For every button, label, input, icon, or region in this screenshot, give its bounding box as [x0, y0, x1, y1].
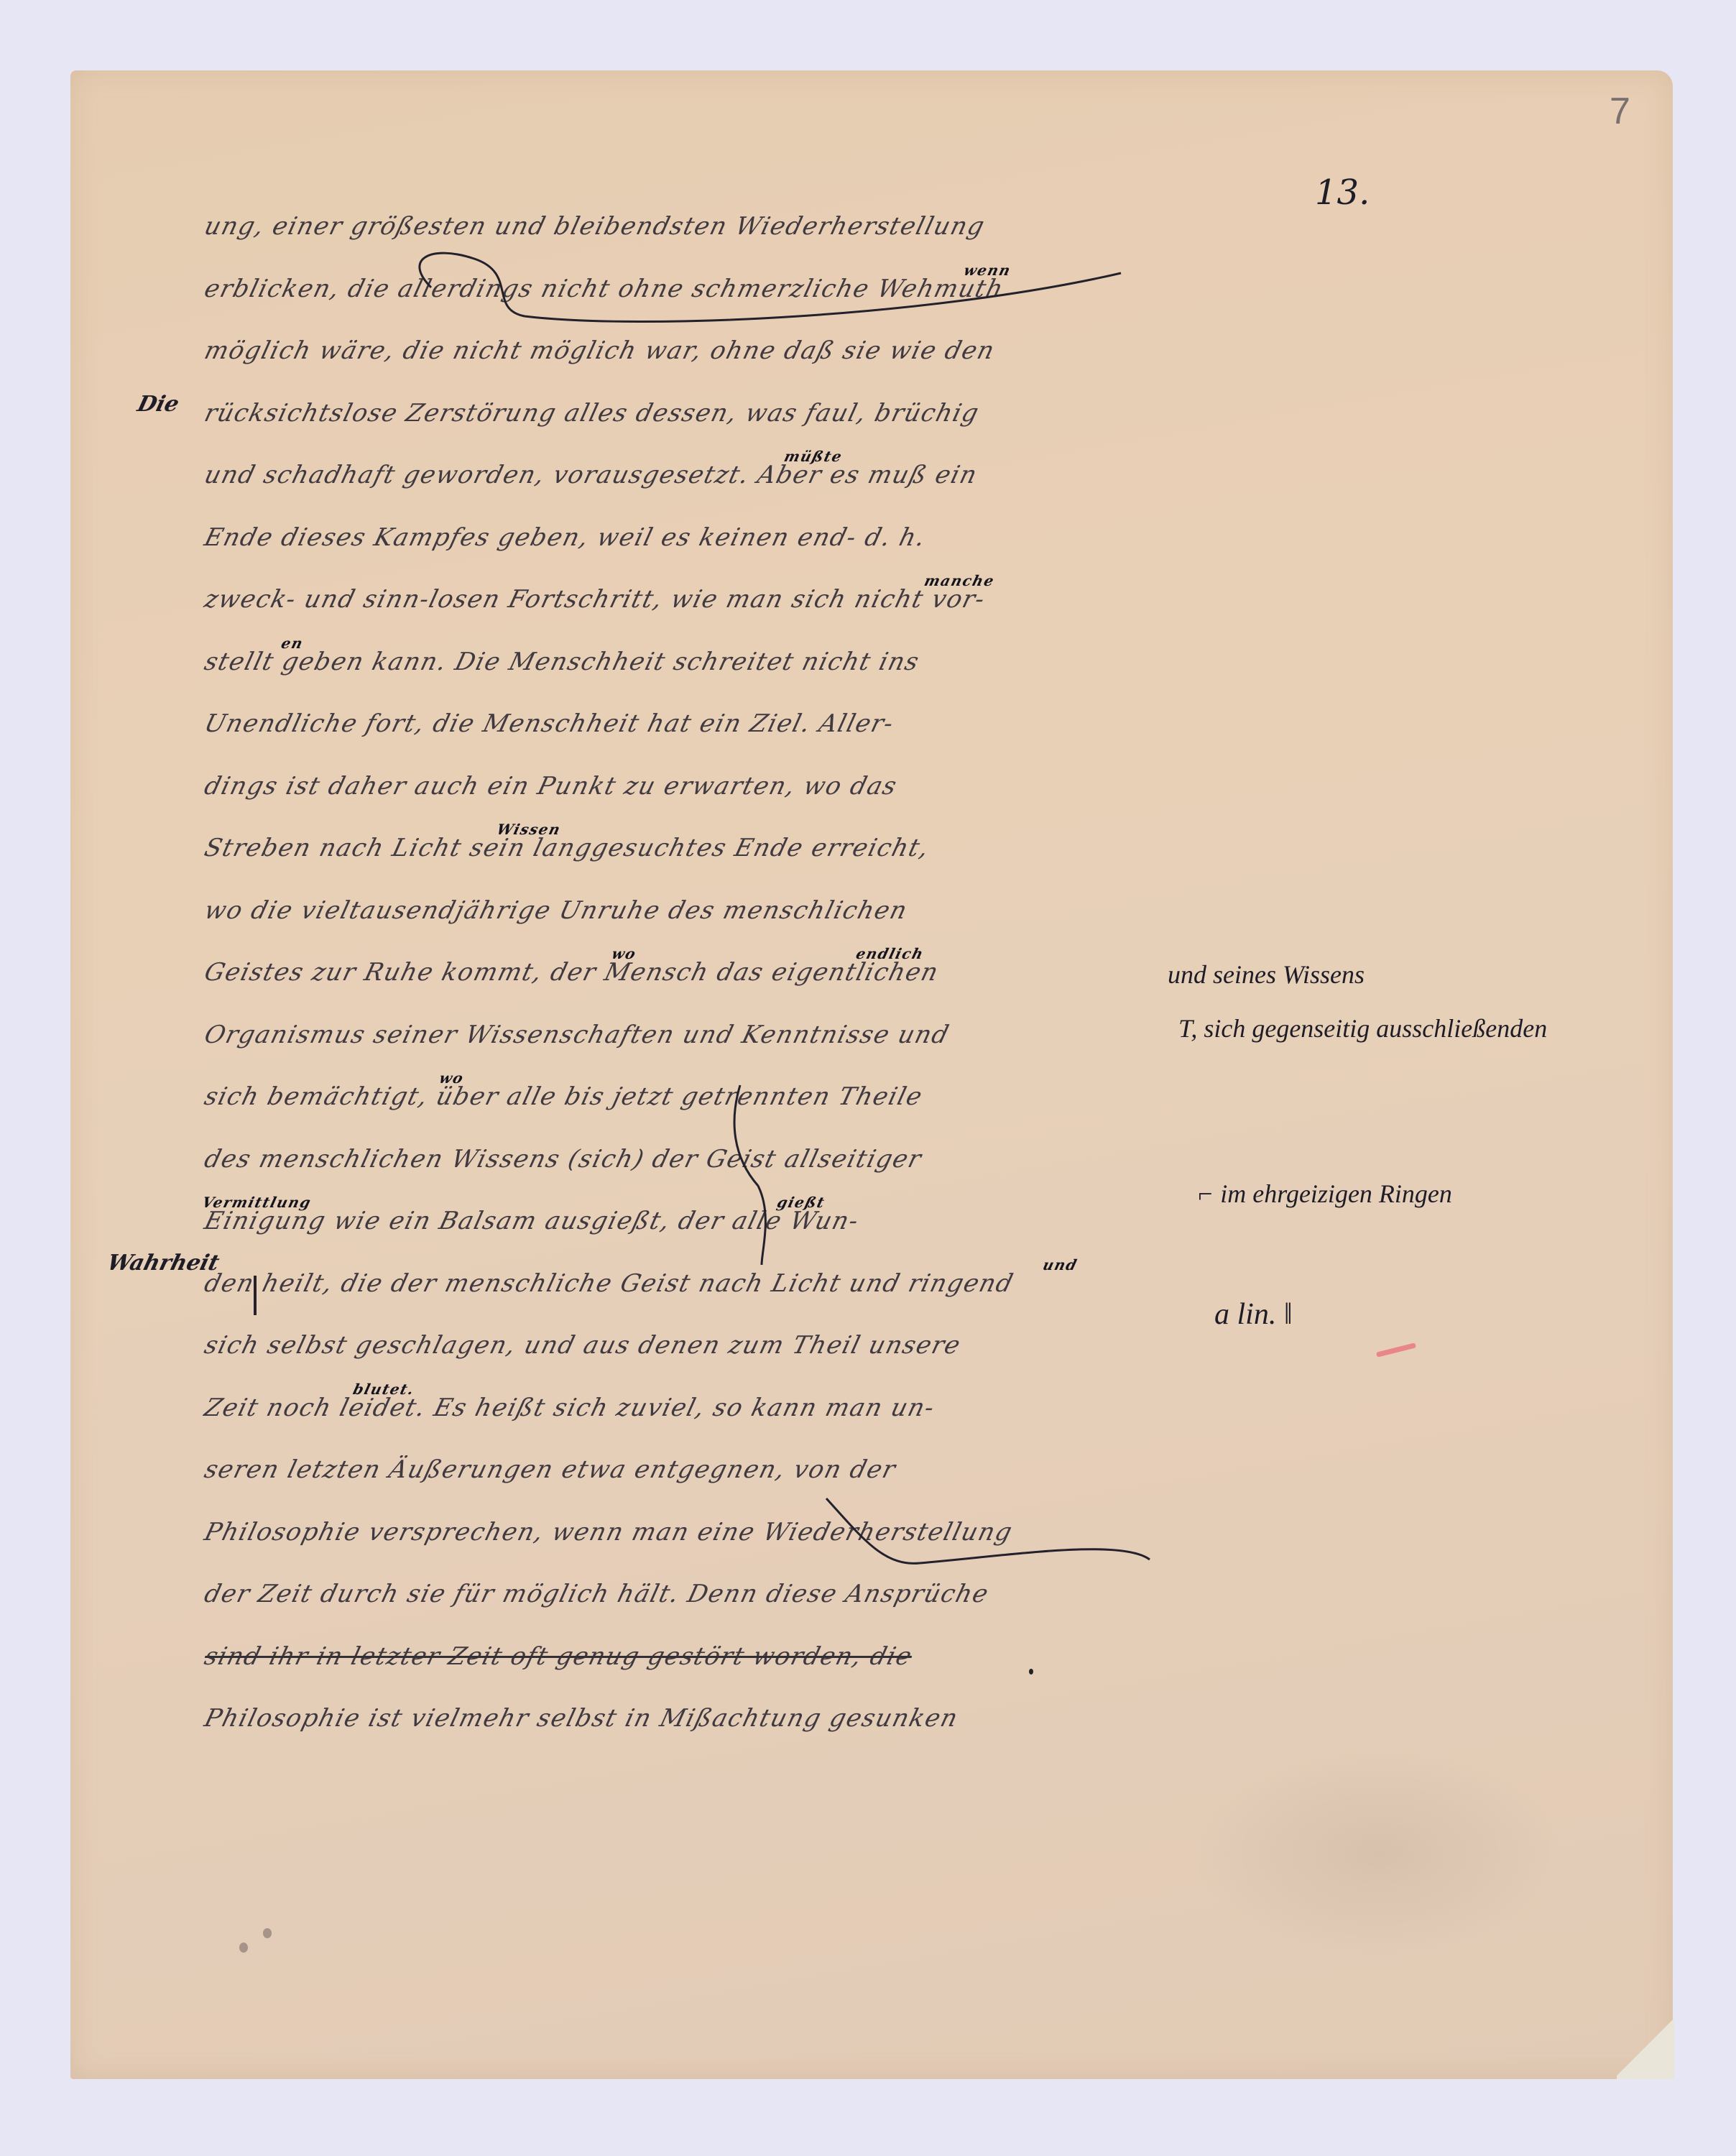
- text-line-10: dings ist daher auch ein Punkt zu erwart…: [194, 768, 1180, 831]
- text-line-23: der Zeit durch sie für möglich hält. Den…: [194, 1576, 1180, 1639]
- text-line-12: wo die vieltausendjährige Unruhe des men…: [194, 893, 1180, 955]
- insertion: müßte: [780, 438, 847, 474]
- insertion: Vermittlung: [198, 1184, 316, 1220]
- text-line-9: Unendliche fort, die Menschheit hat ein …: [194, 706, 1180, 768]
- text-line-21: seren letzten Äußerungen etwa entgegnen,…: [194, 1452, 1180, 1514]
- margin-note-a-lin: a lin. ‖: [1214, 1297, 1293, 1332]
- text-line-4: rücksichtslose Zerstörung alles dessen, …: [194, 395, 1180, 458]
- margin-note-ringen: ⌐ im ehrgeizigen Ringen: [1196, 1179, 1452, 1209]
- insertion: gießt: [773, 1184, 830, 1220]
- text-line-7: zweck- und sinn-losen Fortschritt, wie m…: [194, 581, 1180, 644]
- text-line-19: sich selbst geschlagen, und aus denen zu…: [194, 1327, 1180, 1390]
- text-line-8: stellt geben kann. Die Menschheit schrei…: [194, 644, 1180, 706]
- text-line-3: möglich wäre, die nicht möglich war, ohn…: [194, 333, 1180, 395]
- text-line-14: Organismus seiner Wissenschaften und Ken…: [194, 1017, 1180, 1079]
- text-line-16: des menschlichen Wissens (sich) der Geis…: [194, 1141, 1180, 1204]
- ink-dot: [239, 1943, 248, 1953]
- text-line-1: ung, einer größesten und bleibendsten Wi…: [194, 208, 1180, 271]
- insertion: blutet.: [349, 1371, 419, 1407]
- margin-note-gegenseitig: T, sich gegenseitig ausschließenden: [1178, 1013, 1547, 1044]
- archive-folio-number: 7: [1610, 90, 1630, 133]
- insertion: endlich: [852, 936, 928, 972]
- text-line-13: Geistes zur Ruhe kommt, der Mensch das e…: [194, 954, 1180, 1017]
- paper-stain: [1191, 1745, 1565, 1961]
- torn-corner: [1617, 2014, 1674, 2079]
- ink-dot: [263, 1928, 272, 1938]
- insertion: Wissen: [493, 811, 565, 847]
- margin-note-seines-wissens: und seines Wissens: [1168, 959, 1365, 990]
- text-line-25: Philosophie ist vielmehr selbst in Mißac…: [194, 1700, 1180, 1763]
- text-line-5: und schadhaft geworden, vorausgesetzt. A…: [194, 457, 1180, 520]
- text-line-17: Einigung wie ein Balsam ausgießt, der al…: [194, 1203, 1180, 1266]
- insertion: manche: [920, 563, 999, 599]
- text-line-2: erblicken, die allerdings nicht ohne sch…: [194, 271, 1180, 333]
- text-line-18: den heilt, die der menschliche Geist nac…: [194, 1266, 1180, 1328]
- text-line-6: Ende dieses Kampfes geben, weil es keine…: [194, 520, 1180, 582]
- main-text-body: ung, einer größesten und bleibendsten Wi…: [194, 208, 1164, 1763]
- text-line-22: Philosophie versprechen, wenn man eine W…: [194, 1514, 1180, 1577]
- text-line-11: Streben nach Licht sein langgesuchtes En…: [194, 830, 1180, 893]
- insertion: wenn: [960, 252, 1015, 288]
- text-line-20: Zeit noch leidet. Es heißt sich zuviel, …: [194, 1390, 1180, 1452]
- margin-note-die: Die: [135, 392, 182, 417]
- page-number: 13.: [1315, 172, 1370, 213]
- ink-dot: [1029, 1669, 1033, 1674]
- text-line-15: sich bemächtigt, über alle bis jetzt get…: [194, 1079, 1180, 1141]
